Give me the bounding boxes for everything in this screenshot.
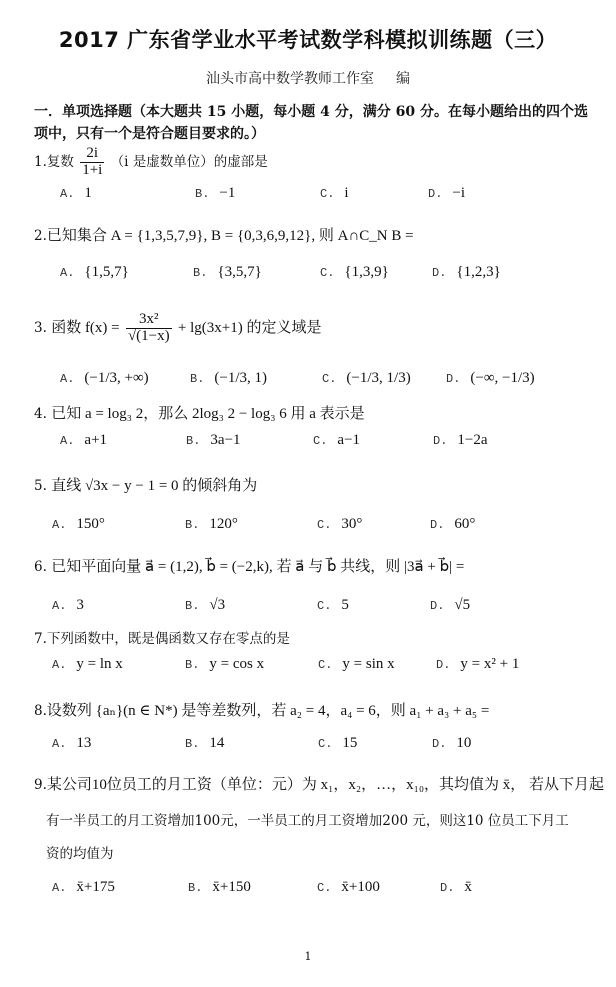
option-c[interactable]: C.y = sin x (318, 656, 395, 673)
options-6: A.3 B.√3 C.5 D.√5 (0, 597, 616, 621)
question-stem-line-2: 有一半员工的月工资增加100元，一半员工的月工资增加200 元，则这10 位员工… (46, 809, 569, 829)
option-b[interactable]: B.3a−1 (186, 432, 241, 449)
option-b[interactable]: B.120° (185, 516, 238, 533)
options-7: A.y = ln x B.y = cos x C.y = sin x D.y =… (0, 656, 616, 680)
question-1: 1.复数 2i1+i （i 是虚数单位）的虚部是 (34, 146, 268, 179)
option-c[interactable]: C.{1,3,9} (320, 264, 389, 281)
option-d[interactable]: D.1−2a (433, 432, 488, 449)
option-a[interactable]: A.3 (52, 597, 84, 614)
options-4: A.a+1 B.3a−1 C.a−1 D.1−2a (0, 432, 616, 456)
question-stem: 直线 √3x − y − 1 = 0 的倾斜角为 (51, 478, 257, 494)
fraction: 2i1+i (80, 146, 104, 179)
question-number: 1. (34, 154, 47, 170)
fraction-numerator: 3x² (126, 312, 172, 329)
question-6: 6. 已知平面向量 a⃗ = (1,2), b⃗ = (−2,k), 若 a⃗ … (34, 555, 464, 576)
document-title: 2017 广东省学业水平考试数学科模拟训练题（三） (0, 24, 616, 54)
question-4: 4. 已知 a = log₃ 2，那么 2log₃ 2 − log₃ 6 用 a… (34, 402, 365, 423)
options-2: A.{1,5,7} B.{3,5,7} C.{1,3,9} D.{1,2,3} (0, 264, 616, 288)
question-8: 8.设数列 {aₙ}(n ∈ N*) 是等差数列，若 a₂ = 4，a₄ = 6… (34, 699, 489, 720)
fraction-denominator: √(1−x) (126, 329, 172, 345)
option-b[interactable]: B.−1 (195, 185, 235, 202)
option-c[interactable]: C.i (320, 185, 349, 202)
option-d[interactable]: D.x̄ (440, 879, 472, 896)
question-stem: 下列函数中，既是偶函数又存在零点的是 (47, 631, 290, 647)
question-3: 3. 函数 f(x) = 3x²√(1−x) + lg(3x+1) 的定义域是 (34, 312, 322, 345)
options-5: A.150° B.120° C.30° D.60° (0, 516, 616, 540)
question-number: 9. (34, 777, 47, 793)
author-name: 汕头市高中数学教师工作室 (206, 71, 374, 87)
question-9: 9.某公司10位员工的月工资（单位：元）为 x₁，x₂，…，x₁₀，其均值为 x… (34, 773, 604, 794)
options-8: A.13 B.14 C.15 D.10 (0, 735, 616, 759)
options-1: A.1 B.−1 C.i D.−i (0, 185, 616, 209)
document-author: 汕头市高中数学教师工作室编 (0, 68, 616, 88)
question-number: 7. (34, 631, 47, 647)
question-number: 8. (34, 703, 47, 719)
option-b[interactable]: B.{3,5,7} (193, 264, 262, 281)
question-stem-post: （i 是虚数单位）的虚部是 (111, 154, 268, 170)
question-7: 7.下列函数中，既是偶函数又存在零点的是 (34, 627, 290, 647)
option-c[interactable]: C.(−1/3, 1/3) (322, 370, 411, 387)
question-number: 6. (34, 559, 47, 575)
section-heading: 一．单项选择题（本大题共 15 小题，每小题 4 分，满分 60 分。在每小题给… (34, 101, 594, 145)
option-a[interactable]: A.1 (60, 185, 92, 202)
options-9: A.x̄+175 B.x̄+150 C.x̄+100 D.x̄ (0, 879, 616, 903)
option-d[interactable]: D.10 (432, 735, 471, 752)
option-c[interactable]: C.5 (317, 597, 349, 614)
option-d[interactable]: D.y = x² + 1 (436, 656, 519, 673)
option-b[interactable]: B.14 (185, 735, 224, 752)
fraction-denominator: 1+i (80, 163, 104, 179)
question-stem: 设数列 {aₙ}(n ∈ N*) 是等差数列，若 a₂ = 4，a₄ = 6，则… (47, 703, 489, 719)
question-number: 3. (34, 320, 47, 336)
page-number: 1 (0, 950, 616, 963)
option-c[interactable]: C.15 (318, 735, 357, 752)
question-number: 5. (34, 478, 47, 494)
question-5: 5. 直线 √3x − y − 1 = 0 的倾斜角为 (34, 474, 257, 495)
question-stem: 已知集合 A = {1,3,5,7,9}, B = {0,3,6,9,12}, … (47, 228, 414, 244)
question-stem: 已知 a = log₃ 2，那么 2log₃ 2 − log₃ 6 用 a 表示… (51, 406, 364, 422)
question-stem-pre: 函数 f(x) = (51, 320, 119, 336)
question-stem-line-3: 资的均值为 (46, 842, 114, 862)
question-stem-pre: 复数 (47, 154, 74, 170)
option-d[interactable]: D.(−∞, −1/3) (446, 370, 535, 387)
author-suffix: 编 (396, 71, 410, 87)
option-b[interactable]: B.x̄+150 (188, 879, 251, 896)
option-d[interactable]: D.60° (430, 516, 475, 533)
option-a[interactable]: A.(−1/3, +∞) (60, 370, 149, 387)
option-a[interactable]: A.y = ln x (52, 656, 123, 673)
option-d[interactable]: D.−i (428, 185, 465, 202)
option-d[interactable]: D.{1,2,3} (432, 264, 501, 281)
option-a[interactable]: A.{1,5,7} (60, 264, 129, 281)
option-a[interactable]: A.150° (52, 516, 105, 533)
option-a[interactable]: A.a+1 (60, 432, 107, 449)
option-c[interactable]: C.a−1 (313, 432, 360, 449)
option-b[interactable]: B.y = cos x (185, 656, 264, 673)
question-number: 4. (34, 406, 47, 422)
question-stem-post: + lg(3x+1) 的定义域是 (178, 320, 322, 336)
question-stem-line-1: 某公司10位员工的月工资（单位：元）为 x₁，x₂，…，x₁₀，其均值为 x̄，… (47, 777, 604, 793)
options-3: A.(−1/3, +∞) B.(−1/3, 1) C.(−1/3, 1/3) D… (0, 370, 616, 394)
option-a[interactable]: A.13 (52, 735, 91, 752)
fraction: 3x²√(1−x) (126, 312, 172, 345)
option-b[interactable]: B.√3 (185, 597, 225, 614)
option-c[interactable]: C.30° (317, 516, 362, 533)
question-2: 2.已知集合 A = {1,3,5,7,9}, B = {0,3,6,9,12}… (34, 224, 414, 245)
option-d[interactable]: D.√5 (430, 597, 470, 614)
option-b[interactable]: B.(−1/3, 1) (190, 370, 267, 387)
option-c[interactable]: C.x̄+100 (317, 879, 380, 896)
option-a[interactable]: A.x̄+175 (52, 879, 115, 896)
question-stem: 已知平面向量 a⃗ = (1,2), b⃗ = (−2,k), 若 a⃗ 与 b… (51, 559, 464, 575)
fraction-numerator: 2i (80, 146, 104, 163)
question-number: 2. (34, 228, 47, 244)
